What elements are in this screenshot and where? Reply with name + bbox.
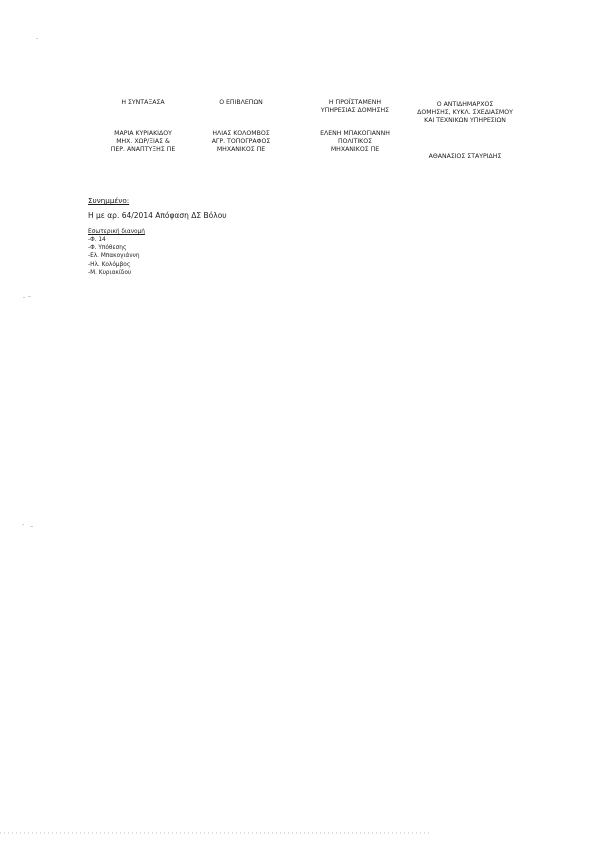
scan-speck [28,296,31,297]
signature-name-deputy-mayor: ΑΘΑΝΑΣΙΟΣ ΣΤΑΥΡΙΔΗΣ [395,153,535,161]
scan-speck [36,38,38,39]
signature-role: ΚΑΙ ΤΕΧΝΙΚΩΝ ΥΠΗΡΕΣΙΩΝ [395,117,535,125]
distribution-list: -Φ. 14 -Φ. Υπόθεσης -Ελ. Μπακογιάννη -Ηλ… [88,236,140,277]
attachment-item: Η με αρ. 64/2014 Απόφαση ΔΣ Βόλου [88,211,227,220]
distribution-item: -Φ. 14 [88,236,140,244]
scan-speck [22,524,24,525]
signature-role: ΔΟΜΗΣΗΣ, ΚΥΚΛ. ΣΧΕΔΙΑΣΜΟΥ [395,109,535,117]
signature-name: ΑΘΑΝΑΣΙΟΣ ΣΤΑΥΡΙΔΗΣ [395,153,535,161]
signature-block-supervisor: Ο ΕΠΙΒΛΕΠΩΝ [176,99,306,106]
signature-role: Ο ΑΝΤΙΔΗΜΑΡΧΟΣ [395,101,535,109]
signature-title: ΜΗΧΑΝΙΚΟΣ ΠΕ [176,146,306,154]
distribution-item: -Ηλ. Κολόμβος [88,261,140,269]
signature-name: ΕΛΕΝΗ ΜΠΑΚΟΓΙΑΝΝΗ [290,130,420,138]
scan-edge-noise [0,832,430,834]
scan-speck [30,526,33,527]
distribution-item: -Ελ. Μπακογιάννη [88,252,140,260]
distribution-heading: Εσωτερική διανομή [88,229,145,235]
attachment-heading: Συνημμένο: [88,196,129,205]
signature-name: ΗΛΙΑΣ ΚΟΛΟΜΒΟΣ [176,130,306,138]
signature-title: ΠΟΛΙΤΙΚΟΣ [290,138,420,146]
signature-name-head: ΕΛΕΝΗ ΜΠΑΚΟΓΙΑΝΝΗ ΠΟΛΙΤΙΚΟΣ ΜΗΧΑΝΙΚΟΣ ΠΕ [290,130,420,154]
signature-title: ΑΓΡ. ΤΟΠΟΓΡΑΦΟΣ [176,138,306,146]
distribution-item: -Φ. Υπόθεσης [88,244,140,252]
signature-block-deputy-mayor: Ο ΑΝΤΙΔΗΜΑΡΧΟΣ ΔΟΜΗΣΗΣ, ΚΥΚΛ. ΣΧΕΔΙΑΣΜΟΥ… [395,101,535,125]
signature-name-supervisor: ΗΛΙΑΣ ΚΟΛΟΜΒΟΣ ΑΓΡ. ΤΟΠΟΓΡΑΦΟΣ ΜΗΧΑΝΙΚΟΣ… [176,130,306,154]
signature-role: Ο ΕΠΙΒΛΕΠΩΝ [176,99,306,106]
distribution-item: -Μ. Κυριακίδου [88,269,140,277]
scan-speck [23,297,25,298]
